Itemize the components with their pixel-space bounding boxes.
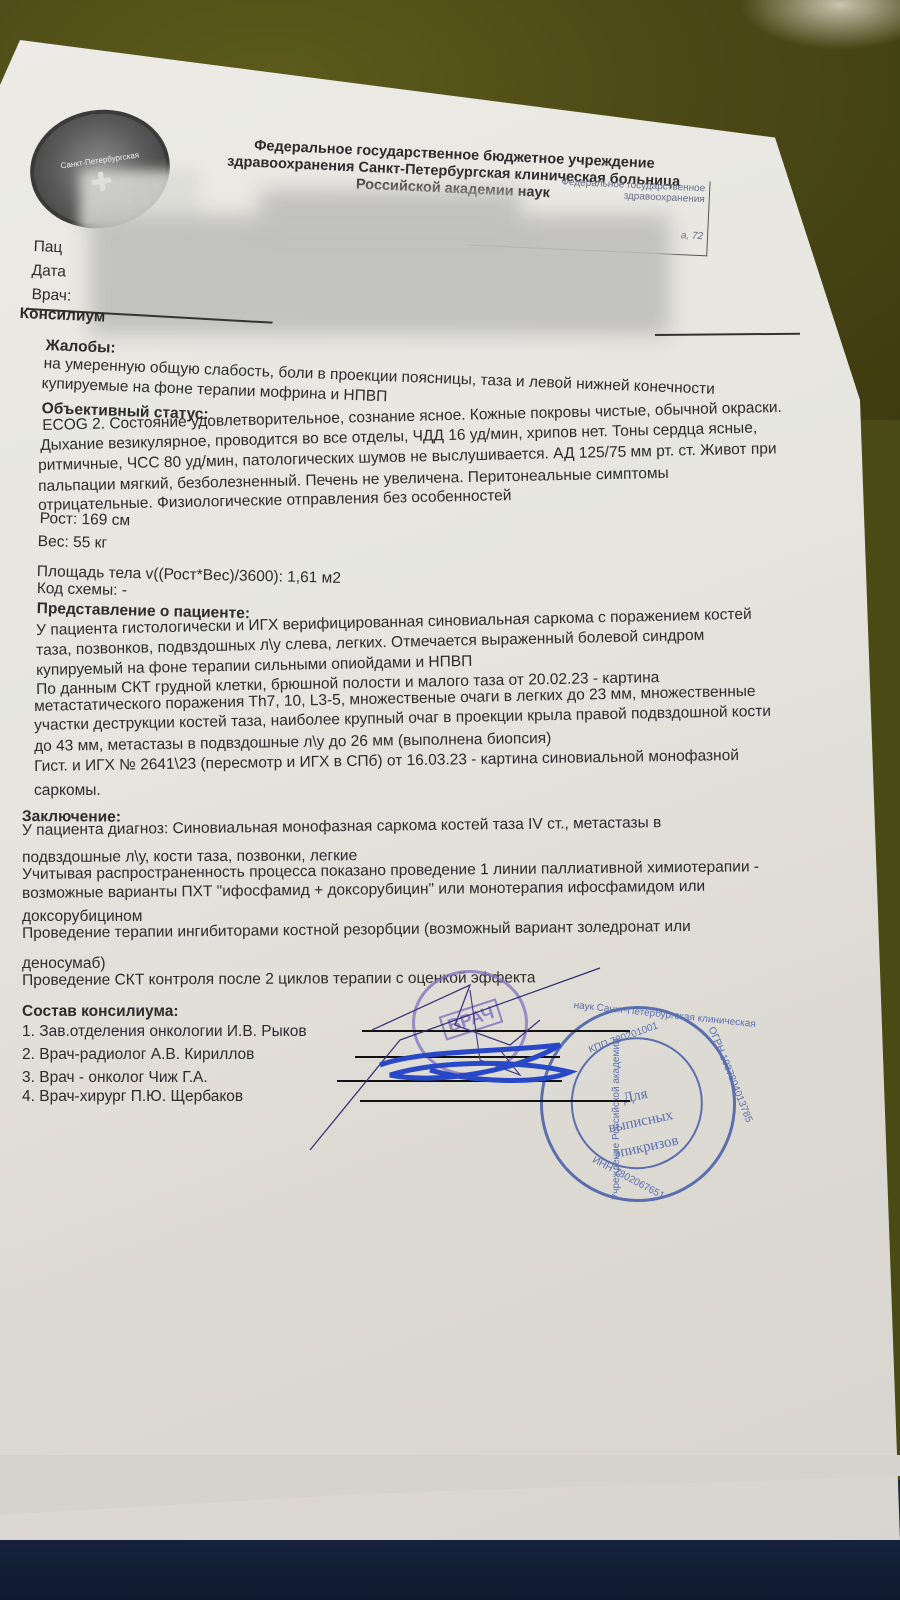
handwritten-signatures [0, 0, 900, 1600]
consilium-document: Санкт-Петербургская ✚ Федеральное госуда… [0, 0, 900, 1600]
